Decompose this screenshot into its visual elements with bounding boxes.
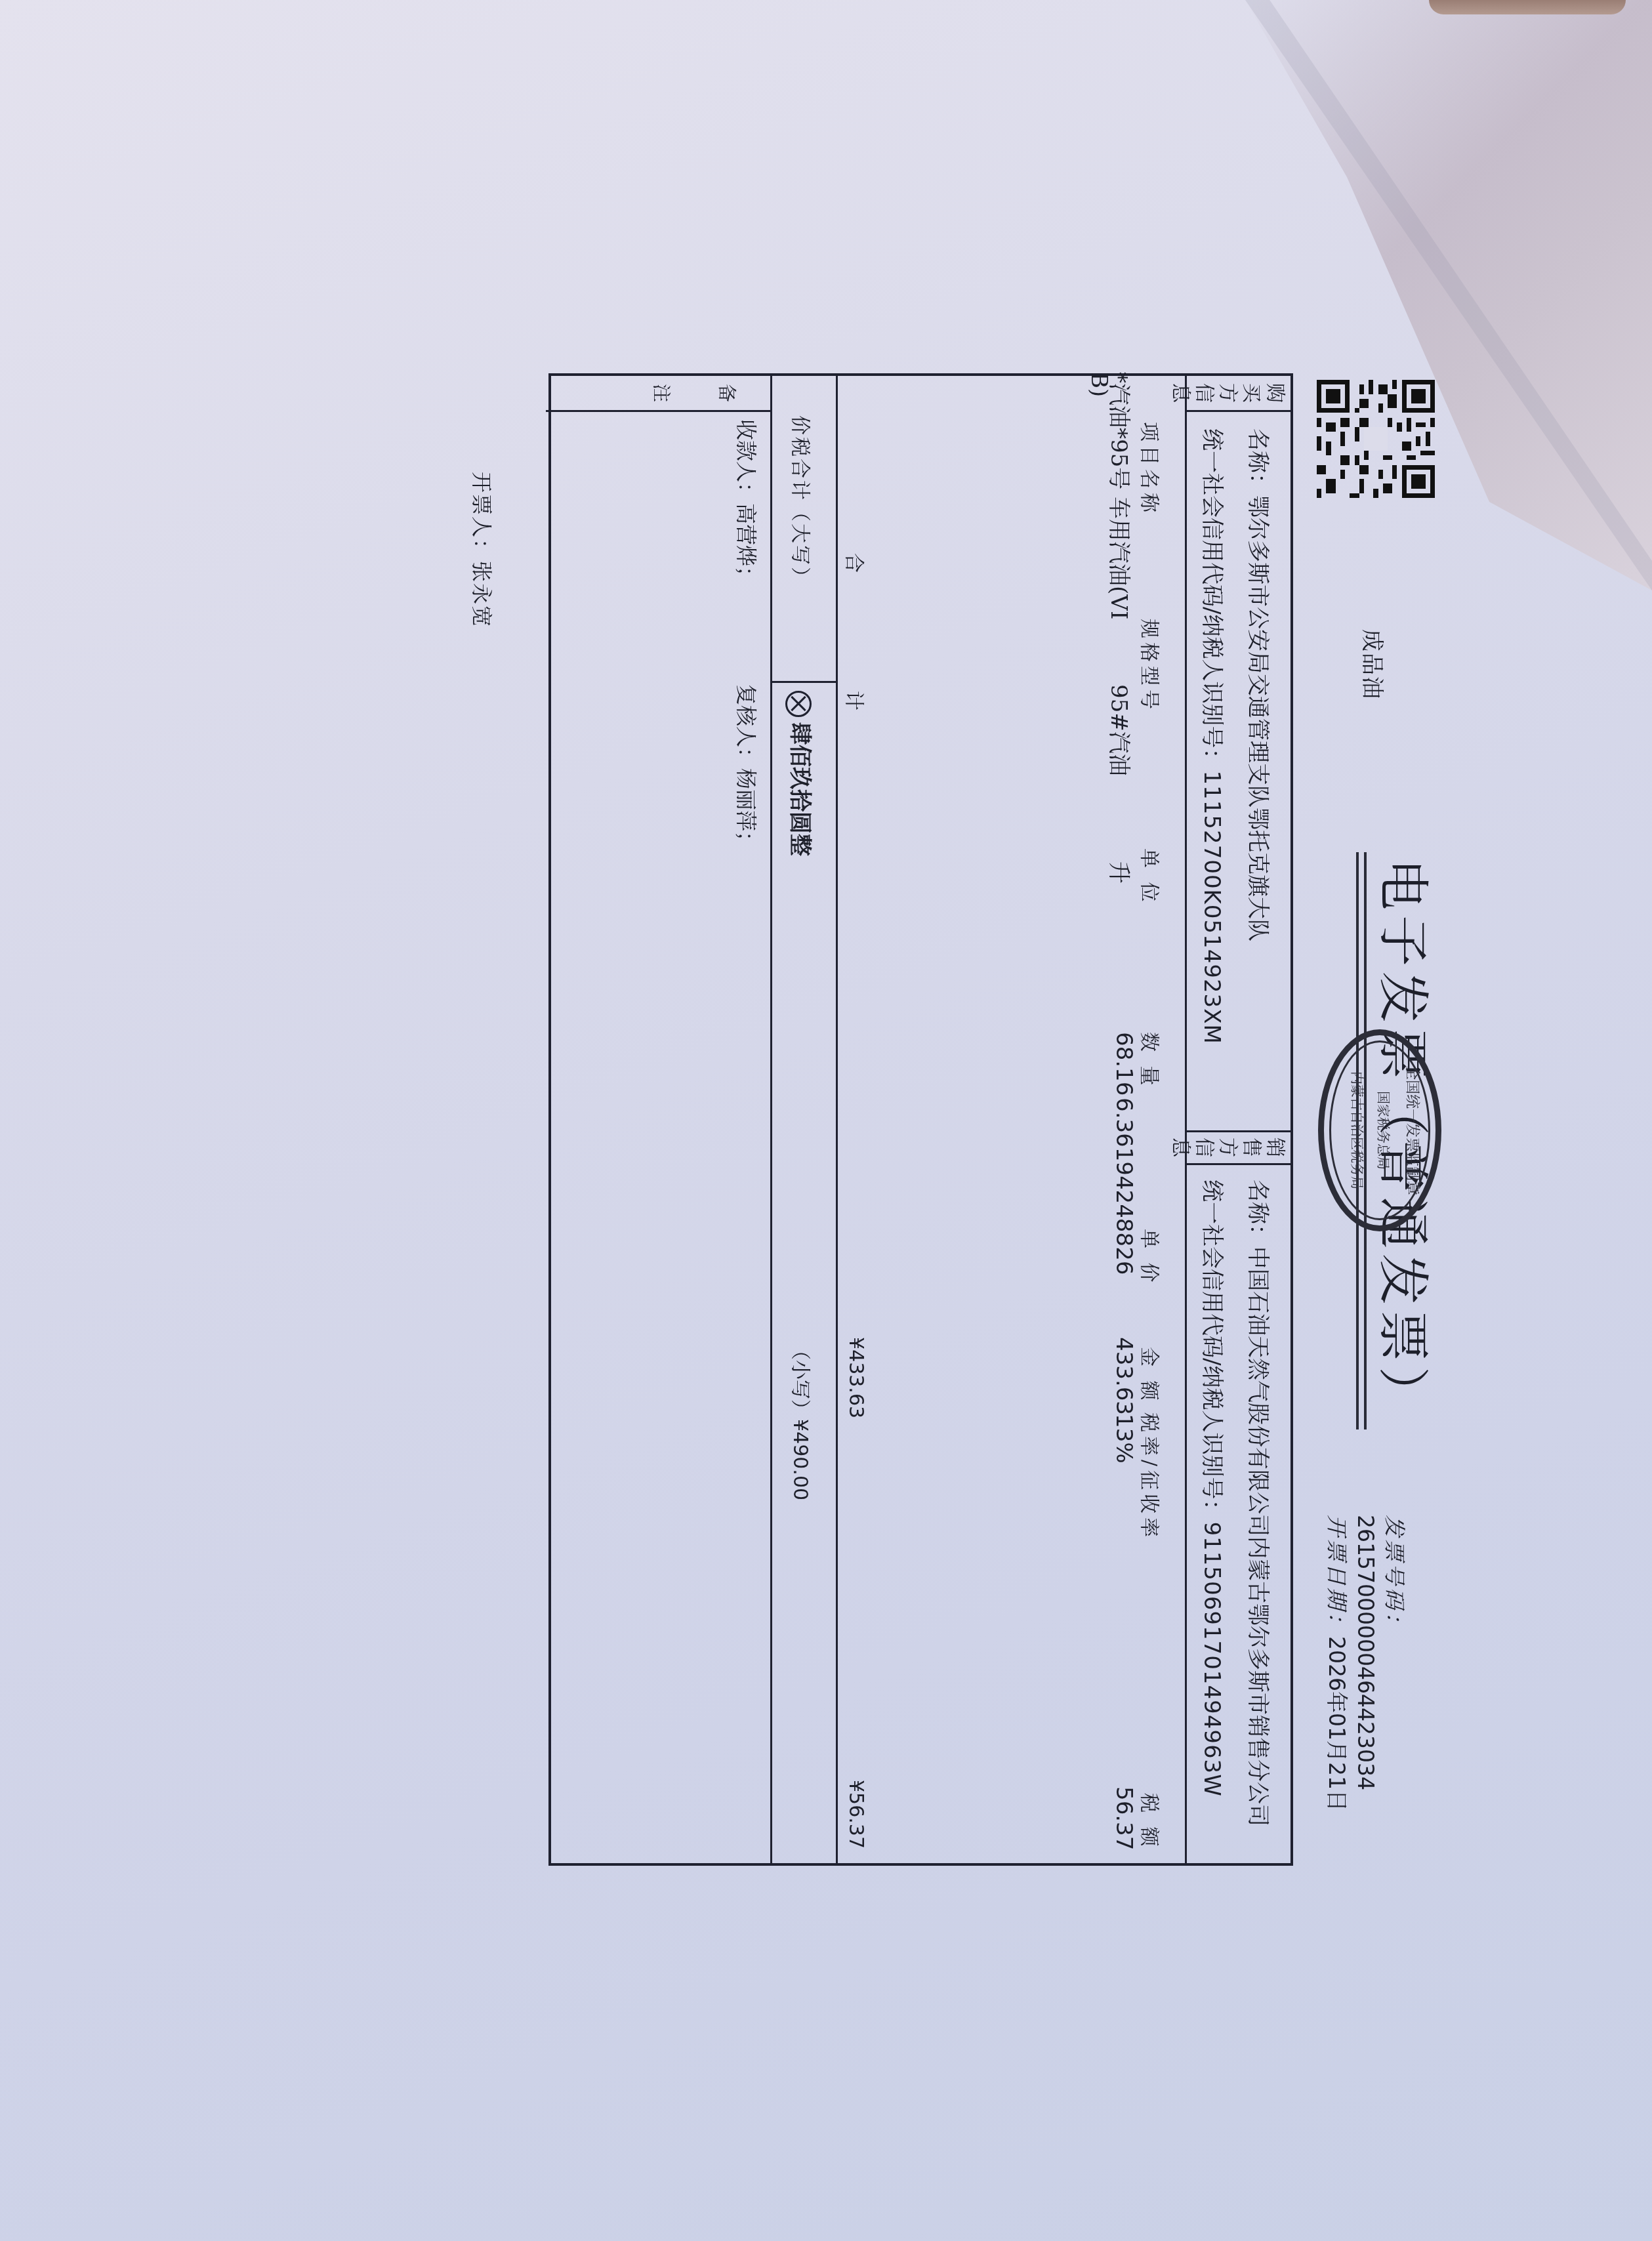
totals-amount: ¥433.63 [844,1337,867,1418]
category-label: 成品油 [1358,629,1390,700]
grand-total-amount: ¥490.00 [789,1419,812,1500]
item-name: *汽油*95号 车用汽油(VI [1105,372,1137,619]
totals-label: 合 计 [842,553,871,737]
invoice-page: 成品油 电子发票（普通发票） 全国统一发票监制章 国家税务总局 内蒙古自治区税务… [472,354,1443,1876]
seller-name: 中国石油天然气股份有限公司内蒙古鄂尔多斯市销售分公司 [1245,1246,1271,1826]
divider [1187,410,1291,412]
cross-circle-icon [785,691,812,717]
seller-name-row: 名称：中国石油天然气股份有限公司内蒙古鄂尔多斯市销售分公司 [1244,1180,1276,1826]
seller-name-label: 名称： [1245,1180,1271,1246]
reviewer-row: 复核人：杨丽萍； [732,684,762,852]
divider [546,410,772,412]
col-header-unit-price: 单 价 [1137,1229,1166,1286]
item-spec: 95#汽油 [1105,684,1137,776]
invoice-number-row: 发票号码：26157000000464423034 [1351,1515,1409,1876]
grand-total-small: （小写）¥490.00 [788,1340,817,1500]
col-header-tax-rate: 税率/征收率 [1137,1412,1166,1541]
divider [836,376,838,1865]
totals-tax: ¥56.37 [844,1780,867,1849]
col-header-spec: 规格型号 [1137,619,1166,713]
issuer-label: 开票人： [469,472,494,561]
reviewer-label: 复核人： [733,684,758,768]
tax-seal-stamp: 全国统一发票监制章 国家税务总局 内蒙古自治区税务局 [1318,1029,1441,1231]
item-tax-rate: 13% [1111,1414,1137,1464]
issue-date: 2026年01月21日 [1324,1636,1350,1811]
buyer-section-label: 购买方信息 [1168,380,1287,406]
stamp-line-2: 国家税务总局 [1374,1035,1394,1225]
item-tax: 56.37 [1111,1786,1137,1850]
seller-tax-id-row: 统一社会信用代码/纳税人识别号：91150691701494963W [1198,1180,1230,1797]
stamp-line-3: 内蒙古自治区税务局 [1348,1035,1367,1225]
issue-date-label: 开票日期： [1324,1515,1350,1636]
item-amount: 433.63 [1111,1337,1137,1415]
grand-total-words: 肆佰玖拾圆整 [785,691,818,856]
payee-row: 收款人：高营烨； [732,419,762,587]
buyer-name-label: 名称： [1245,428,1271,495]
col-header-amount: 金 额 [1137,1347,1166,1405]
buyer-section-text: 购买方信息 [1169,383,1287,403]
divider [770,376,772,1863]
buyer-tax-id-row: 统一社会信用代码/纳税人识别号：11152700K0514923XM [1198,428,1230,1044]
item-quantity: 68.16 [1111,1032,1137,1096]
payee-label: 收款人： [733,419,758,503]
reviewer-name: 杨丽萍； [733,768,758,852]
issuer-row: 开票人：张永宽 [468,472,498,628]
grand-total-words-text: 肆佰玖拾圆整 [787,722,813,856]
invoice-table: 购买方信息 名称：鄂尔多斯市公安局交通管理支队鄂托克旗大队 统一社会信用代码/纳… [548,373,1293,1866]
seller-tax-id-label: 统一社会信用代码/纳税人识别号： [1199,1180,1225,1521]
stamp-line-1: 全国统一发票监制章 [1403,1035,1424,1225]
invoice-meta: 发票号码：26157000000464423034 开票日期：2026年01月2… [1322,1515,1409,1876]
col-header-name: 项目名称 [1137,422,1166,516]
col-header-unit: 单 位 [1137,848,1166,906]
item-unit-price: 6.3619424882​6 [1111,1098,1137,1275]
buyer-name: 鄂尔多斯市公安局交通管理支队鄂托克旗大队 [1245,495,1271,941]
grand-total-small-label: （小写） [789,1340,812,1419]
issuer-name: 张永宽 [469,561,494,628]
buyer-tax-id: 11152700K0514923XM [1199,770,1225,1044]
divider [772,681,838,683]
payee-name: 高营烨； [733,503,758,587]
seller-tax-id: 91150691701494963W [1199,1521,1225,1796]
col-header-tax: 税 额 [1137,1793,1166,1851]
seller-section-label: 销售方信息 [1168,1134,1287,1161]
grand-total-label: 价税合计（大写） [788,415,817,588]
buyer-tax-id-label: 统一社会信用代码/纳税人识别号： [1199,428,1225,770]
invoice-number-label: 发票号码： [1382,1515,1407,1636]
invoice-number: 26157000000464423034 [1353,1515,1378,1790]
issue-date-row: 开票日期：2026年01月21日 [1322,1515,1351,1876]
remarks-label: 备注 [628,380,759,406]
col-header-quantity: 数 量 [1137,1032,1166,1090]
buyer-name-row: 名称：鄂尔多斯市公安局交通管理支队鄂托克旗大队 [1244,428,1276,941]
divider [1187,1163,1291,1165]
seller-section-text: 销售方信息 [1169,1138,1287,1157]
divider [1185,376,1187,1863]
item-name-continued: B) [1086,372,1112,397]
divider [1187,1130,1291,1132]
finger [1429,0,1626,14]
item-unit: 升 [1105,861,1137,884]
qr-code-icon [1317,380,1435,498]
